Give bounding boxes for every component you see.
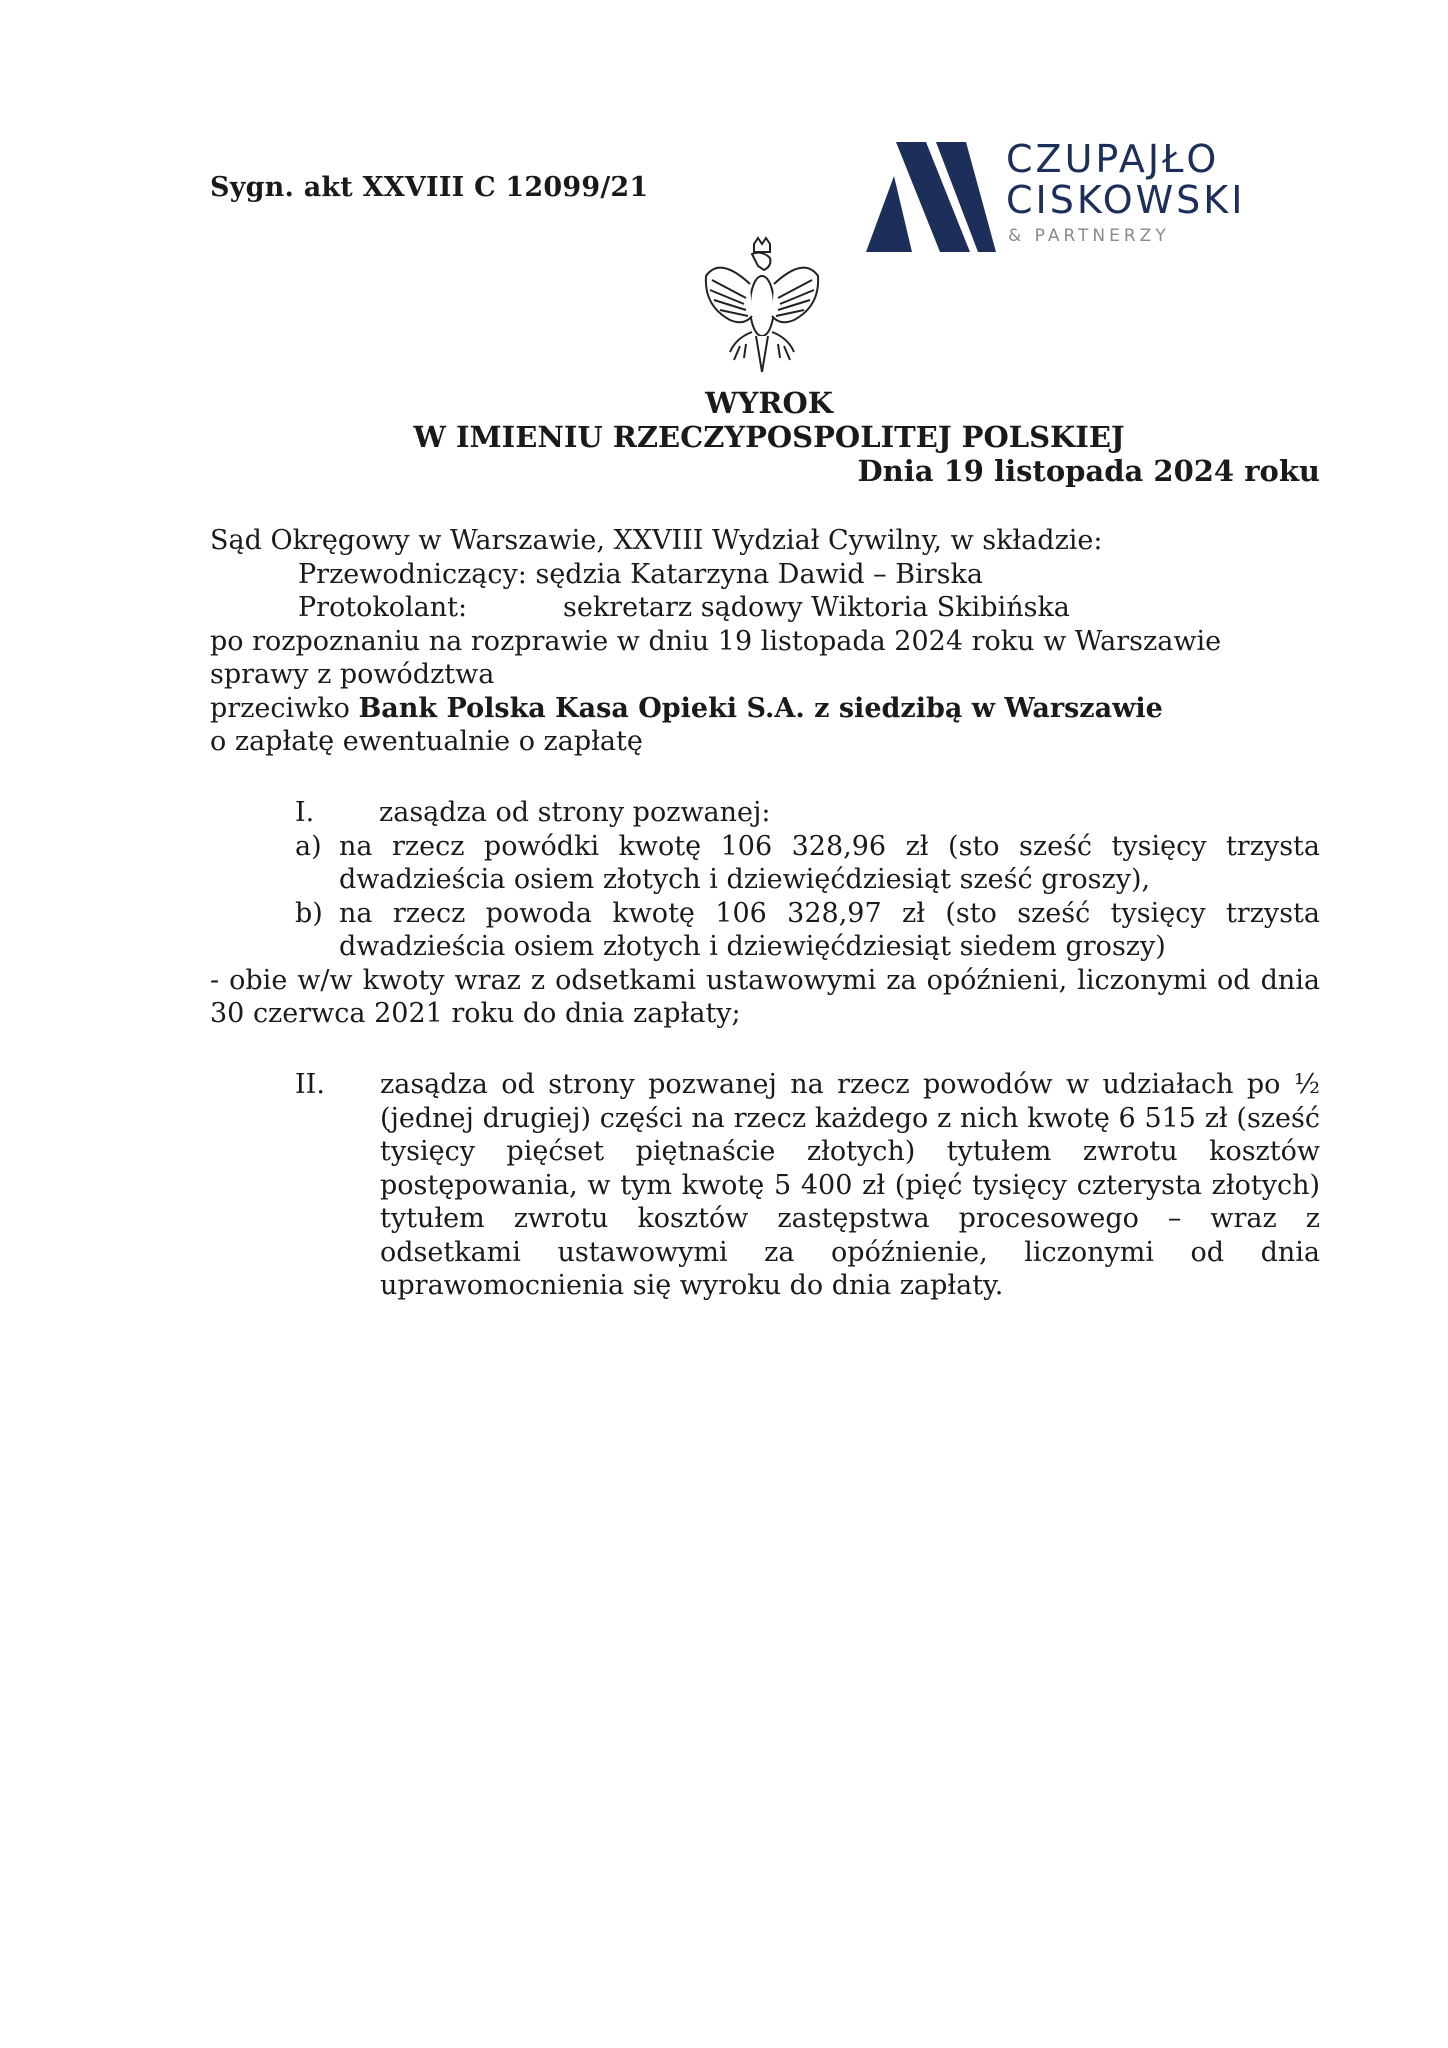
judgment-heading: WYROK <box>0 386 1448 420</box>
interest-note: - obie w/w kwoty wraz z odsetkami ustawo… <box>210 964 1320 1031</box>
hearing-info: po rozpoznaniu na rozprawie w dniu 19 li… <box>210 625 1320 659</box>
section-1-number: I. <box>295 796 379 830</box>
ruling-item-b: b) na rzecz powoda kwotę 106 328,97 zł (… <box>210 897 1320 964</box>
judgment-date: Dnia 19 listopada 2024 roku <box>0 454 1448 488</box>
logo-text-line3: & PARTNERZY <box>1008 226 1170 246</box>
ruling-item-a: a) na rzecz powódki kwotę 106 328,96 zł … <box>210 830 1320 897</box>
item-b-text: na rzecz powoda kwotę 106 328,97 zł (sto… <box>339 897 1320 964</box>
section-2-number: II. <box>295 1068 380 1303</box>
presiding-judge-name: sędzia Katarzyna Dawid – Birska <box>535 559 982 590</box>
logo-text-line1: CZUPAJŁO <box>1006 140 1219 178</box>
against-prefix: przeciwko <box>210 693 350 724</box>
case-of: sprawy z powództwa <box>210 658 1320 692</box>
ruling-section-2: II. zasądza od strony pozwanej na rzecz … <box>295 1068 1320 1303</box>
law-firm-logo: CZUPAJŁO CISKOWSKI & PARTNERZY <box>866 136 1296 256</box>
logo-text-line2: CISKOWSKI <box>1006 181 1245 219</box>
judgment-intro: Sąd Okręgowy w Warszawie, XXVIII Wydział… <box>210 524 1320 759</box>
court-clerk-label: Protokolant: <box>298 591 563 625</box>
case-subject: o zapłatę ewentualnie o zapłatę <box>210 725 1320 759</box>
item-a-text: na rzecz powódki kwotę 106 328,96 zł (st… <box>339 830 1320 897</box>
polish-eagle-icon <box>700 236 824 376</box>
presiding-judge: Przewodniczący: sędzia Katarzyna Dawid –… <box>210 558 1320 592</box>
case-signature: Sygn. akt XXVIII C 12099/21 <box>210 172 648 203</box>
defendant-line: przeciwko Bank Polska Kasa Opieki S.A. z… <box>210 692 1320 726</box>
judgment-subheading: W IMIENIU RZECZYPOSPOLITEJ POLSKIEJ <box>0 420 1448 454</box>
ruling-section-1: I.zasądza od strony pozwanej: a) na rzec… <box>210 796 1320 1031</box>
court-clerk-name: sekretarz sądowy Wiktoria Skibińska <box>563 592 1070 623</box>
presiding-judge-label: Przewodniczący: <box>298 559 527 590</box>
item-b-label: b) <box>295 897 339 964</box>
firm-logo-mark-icon <box>866 136 996 252</box>
section-2-text: zasądza od strony pozwanej na rzecz powo… <box>380 1068 1320 1303</box>
court-composition: Sąd Okręgowy w Warszawie, XXVIII Wydział… <box>210 524 1320 558</box>
judgment-title-block: WYROK W IMIENIU RZECZYPOSPOLITEJ POLSKIE… <box>0 386 1448 488</box>
defendant-name: Bank Polska Kasa Opieki S.A. z siedzibą … <box>358 693 1162 724</box>
court-clerk: Protokolant:sekretarz sądowy Wiktoria Sk… <box>210 591 1320 625</box>
item-a-label: a) <box>295 830 339 897</box>
section-1-lead: zasądza od strony pozwanej: <box>379 797 771 828</box>
